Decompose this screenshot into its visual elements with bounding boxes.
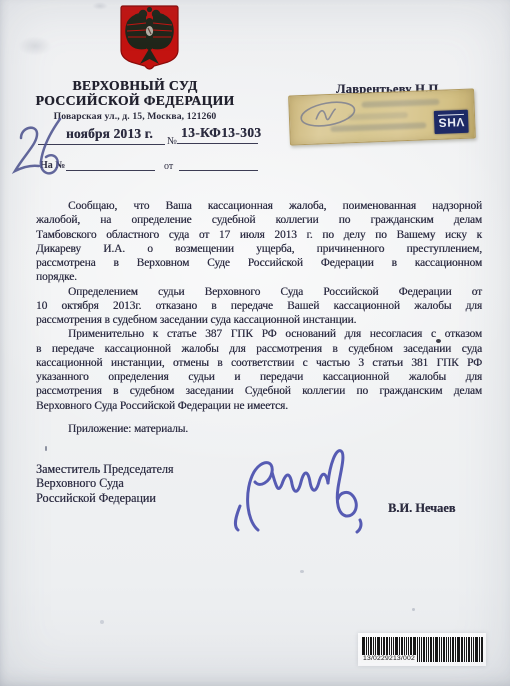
body-line: Верховного Суда Российской Федерации не … [36,399,482,413]
body-line: Тамбовского областного суда от 17 июля 2… [36,228,482,242]
body-line: Применительно к статье 387 ГПК РФ основа… [36,327,482,341]
signer-title-line: Российской Федерации [36,491,173,505]
number-underline [177,143,258,144]
body-paragraphs: Сообщаю, что Ваша кассационная жалоба, п… [36,199,482,436]
body-line: рассмотрения в судебном заседании суда к… [36,313,482,327]
body-line: Дикареву И.А. о возмещении ущерба, причи… [36,242,482,256]
number-sign: № [167,136,177,147]
scan-smudge [92,2,108,10]
signer-title-line: Верховного Суда [36,476,173,490]
doc-number: 13-КФ13-303 [181,125,261,141]
signature-autograph-icon [228,442,386,537]
ref-from-underline [179,170,258,171]
barcode: 13/0229213/002 [358,633,486,666]
coat-of-arms-icon [119,4,180,72]
body-line: в передаче кассационной жалобы для рассм… [36,342,482,356]
scan-smudge [18,36,52,56]
body-line: порядке. [36,270,482,284]
body-line: жалобой, на определение судебной коллеги… [36,213,482,227]
body-line: рассмотрена в Верховном Суде Российской … [36,256,482,270]
scan-speck [412,608,415,611]
vhs-logo: VHS [434,110,469,134]
scan-speck [45,446,47,451]
body-line: рассмотрения в судебном заседании Судебн… [36,384,482,398]
handwritten-day-26 [8,116,66,184]
scan-speck [436,339,441,343]
ref-from-label: от [164,161,173,172]
signer-title-line: Заместитель Председателя [36,462,173,476]
mail-sticker: VHS [288,88,476,145]
sticker-faded-print [348,112,408,120]
attachment-line: Приложение: материалы. [36,422,482,436]
scan-speck [100,620,104,624]
scan-speck [300,570,304,573]
body-line: указанного определения судьи и передачи … [36,370,482,384]
ref-no-underline [66,170,155,171]
vhs-logo-text: VHS [438,114,465,129]
body-line: кассационной инстанции, отмены в соответ… [36,356,482,370]
date-text: ноября 2013 г. [66,126,153,142]
body-line: 10 октября 2013г. отказано в передаче Ва… [36,299,482,313]
court-name-line1: ВЕРХОВНЫЙ СУД [10,78,260,93]
scanned-letter-page: ВЕРХОВНЫЙ СУД РОССИЙСКОЙ ФЕДЕРАЦИИ Повар… [0,0,510,686]
signer-title: Заместитель Председателя Верховного Суда… [36,462,173,505]
body-line: Сообщаю, что Ваша кассационная жалоба, п… [36,199,482,213]
sticker-faded-print [361,99,439,108]
barcode-number: 13/0229213/002 [361,655,417,663]
body-line: Определением судьи Верховного Суда Росси… [36,285,482,299]
court-name-line2: РОССИЙСКОЙ ФЕДЕРАЦИИ [10,93,260,108]
signer-name: В.И. Нечаев [388,501,455,516]
